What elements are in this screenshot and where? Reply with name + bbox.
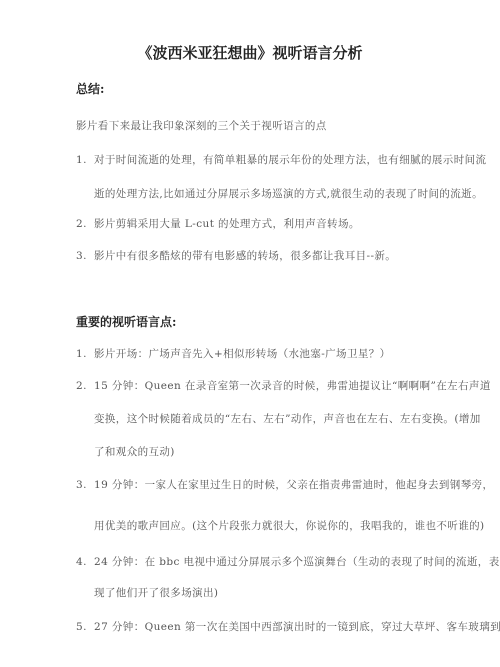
point-item-4-cont: 现了他们开了很多场演出): [94, 585, 218, 600]
summary-item-1: 1.对于时间流逝的处理，有简单粗暴的展示年份的处理方法，也有细腻的展示时间流: [76, 152, 486, 167]
point-item-2-cont: 变换，这个时候随着成员的“左右、左右”动作，声音也在左右、左右变换。(增加: [94, 411, 481, 426]
summary-heading: 总结:: [76, 80, 104, 97]
item-number: 2.: [76, 218, 94, 230]
points-heading: 重要的视听语言点:: [76, 313, 176, 330]
item-text: 15 分钟：Queen 在录音室第一次录音的时候，弗雷迪提议让“啊啊啊”在左右声…: [94, 380, 491, 392]
summary-item-3: 3.影片中有很多酷炫的带有电影感的转场，很多都让我耳目--新。: [76, 248, 396, 263]
summary-item-1-cont: 逝的处理方法,比如通过分屏展示多场巡演的方式,就很生动的表现了时间的流逝。: [94, 186, 483, 201]
item-number: 5.: [76, 621, 94, 633]
point-item-3-cont: 用优美的歌声回应。(这个片段张力就很大，你说你的，我唱我的，谁也不听谁的): [94, 518, 485, 533]
point-item-2: 2.15 分钟：Queen 在录音室第一次录音的时候，弗雷迪提议让“啊啊啊”在左…: [76, 378, 491, 393]
point-item-5: 5.27 分钟：Queen 第一次在美国中西部演出时的一镜到底，穿过大草坪、客车…: [76, 619, 500, 634]
item-text: 影片开场：广场声音先入+相似形转场（水池塞-广场卫星？）: [94, 348, 391, 360]
item-text: 24 分钟：在 bbc 电视中通过分屏展示多个巡演舞台（生动的表现了时间的流逝，…: [94, 556, 500, 568]
item-text: 影片剪辑采用大量 L-cut 的处理方式，利用声音转场。: [94, 218, 360, 230]
item-text: 对于时间流逝的处理，有简单粗暴的展示年份的处理方法，也有细腻的展示时间流: [94, 154, 486, 166]
point-item-1: 1.影片开场：广场声音先入+相似形转场（水池塞-广场卫星？）: [76, 346, 391, 361]
item-number: 4.: [76, 556, 94, 568]
item-text: 27 分钟：Queen 第一次在美国中西部演出时的一镜到底，穿过大草坪、客车玻璃…: [94, 621, 500, 633]
item-text: 19 分钟：一家人在家里过生日的时候，父亲在指责弗雷迪时，他起身去到钢琴旁，: [94, 479, 493, 491]
document-title: 《波西米亚狂想曲》视听语言分析: [0, 42, 500, 63]
summary-item-2: 2.影片剪辑采用大量 L-cut 的处理方式，利用声音转场。: [76, 216, 360, 231]
item-text: 影片中有很多酷炫的带有电影感的转场，很多都让我耳目--新。: [94, 250, 396, 262]
item-number: 3.: [76, 479, 94, 491]
point-item-3: 3.19 分钟：一家人在家里过生日的时候，父亲在指责弗雷迪时，他起身去到钢琴旁，: [76, 477, 493, 492]
point-item-4: 4.24 分钟：在 bbc 电视中通过分屏展示多个巡演舞台（生动的表现了时间的流…: [76, 554, 500, 569]
summary-intro: 影片看下来最让我印象深刻的三个关于视听语言的点: [76, 118, 327, 133]
item-number: 3.: [76, 250, 94, 262]
item-number: 1.: [76, 154, 94, 166]
item-number: 2.: [76, 380, 94, 392]
item-number: 1.: [76, 348, 94, 360]
point-item-2-cont: 了和观众的互动): [94, 444, 175, 459]
